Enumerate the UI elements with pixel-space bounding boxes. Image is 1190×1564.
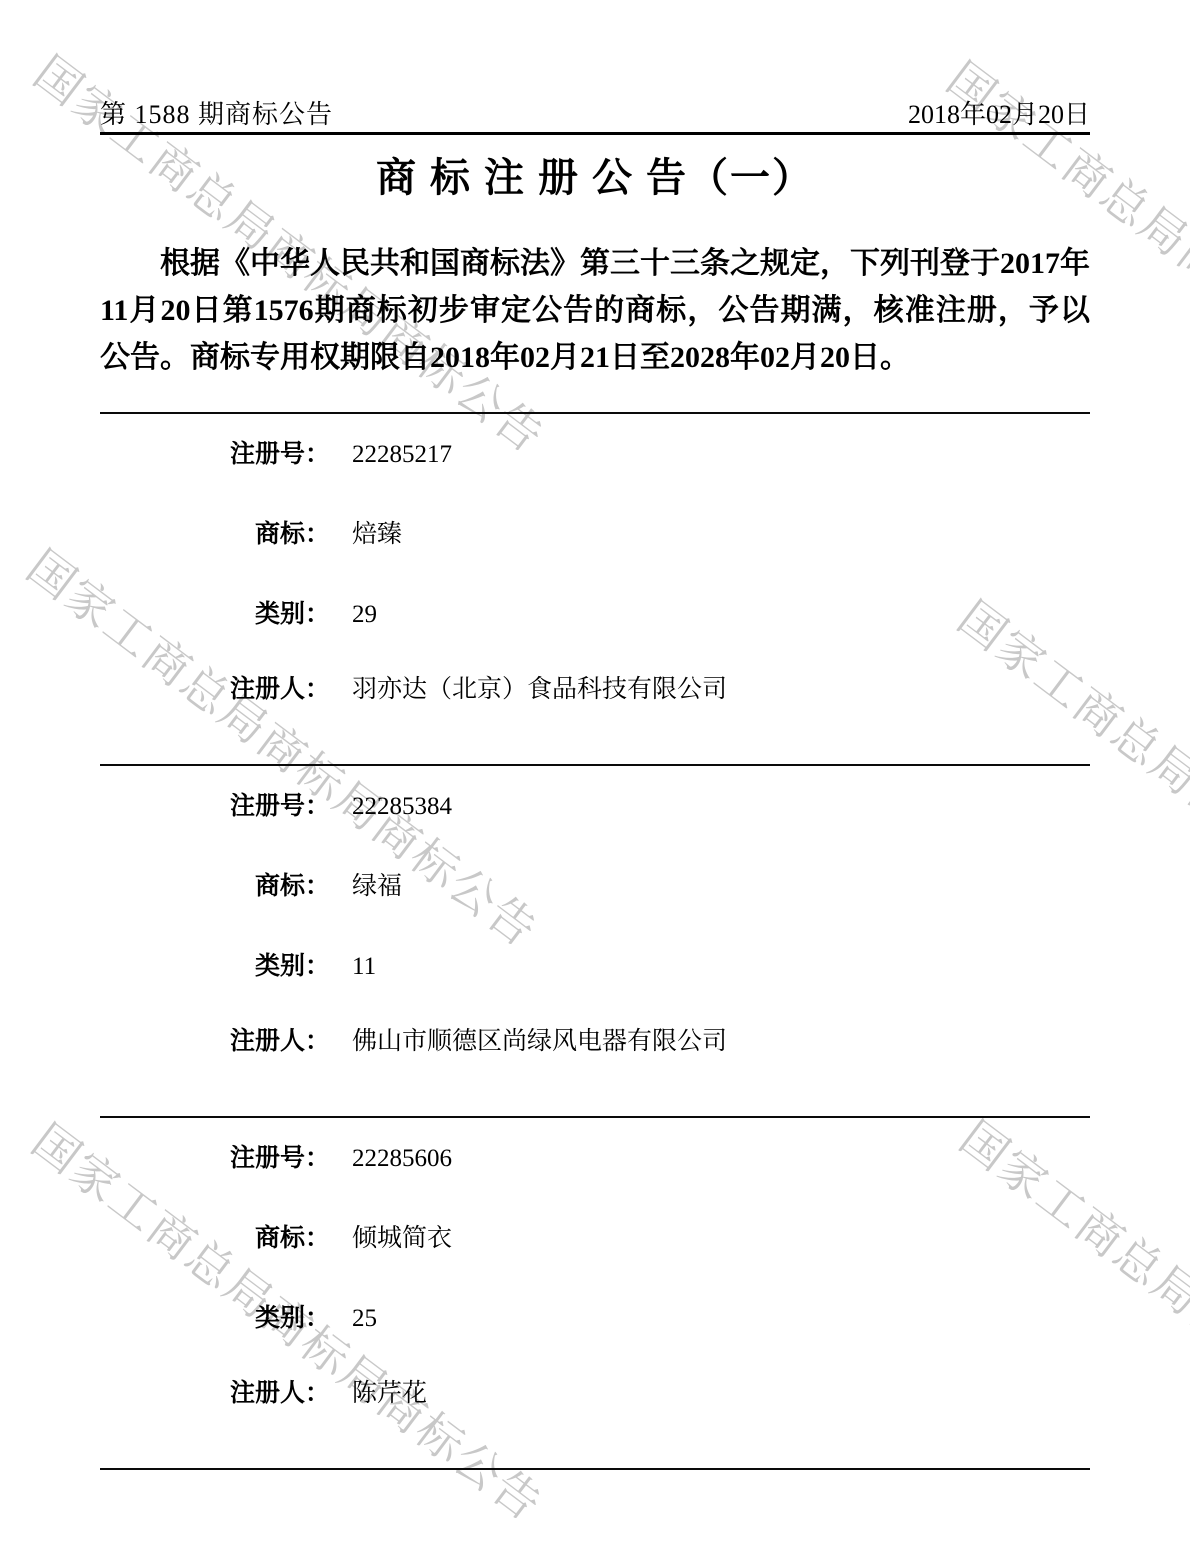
- reg-no-value: 22285217: [352, 441, 452, 469]
- intro-line-3: 公告。商标专用权期限自2018年02月21日至2028年02月20日。: [100, 334, 1090, 381]
- trademark-label: 商标：: [100, 514, 330, 550]
- trademark-row: 商标： 焙臻: [100, 514, 1090, 550]
- category-row: 类别： 25: [100, 1298, 1090, 1334]
- category-label: 类别：: [100, 1298, 330, 1334]
- registrant-row: 注册人： 陈芹花: [100, 1373, 1090, 1409]
- category-value: 25: [352, 1305, 377, 1333]
- trademark-value: 焙臻: [352, 514, 402, 550]
- reg-no-label: 注册号：: [100, 786, 330, 822]
- gazette-date: 2018年02月20日: [908, 94, 1090, 131]
- trademark-row: 商标： 倾城简衣: [100, 1218, 1090, 1254]
- gazette-issue-label: 第 1588 期商标公告: [100, 94, 333, 131]
- reg-no-row: 注册号： 22285384: [100, 786, 1090, 822]
- category-value: 11: [352, 953, 376, 981]
- reg-no-label: 注册号：: [100, 1138, 330, 1174]
- registrant-row: 注册人： 佛山市顺德区尚绿风电器有限公司: [100, 1021, 1090, 1057]
- registrant-label: 注册人：: [100, 669, 330, 705]
- reg-no-label: 注册号：: [100, 434, 330, 470]
- gazette-page: 国家工商总局商标局商标公告 国家工商总局商标局商标公告 国家工商总局商标局商标公…: [0, 0, 1190, 1564]
- registrant-value: 羽亦达（北京）食品科技有限公司: [352, 669, 727, 705]
- intro-paragraph: 根据《中华人民共和国商标法》第三十三条之规定，下列刊登于2017年 11月20日…: [100, 240, 1090, 381]
- page-title: 商 标 注 册 公 告（一）: [0, 146, 1190, 203]
- trademark-value: 倾城简衣: [352, 1218, 452, 1254]
- trademark-label: 商标：: [100, 1218, 330, 1254]
- intro-line-2: 11月20日第1576期商标初步审定公告的商标，公告期满，核准注册，予以: [100, 287, 1090, 334]
- registrant-label: 注册人：: [100, 1021, 330, 1057]
- registrant-row: 注册人： 羽亦达（北京）食品科技有限公司: [100, 669, 1090, 705]
- category-label: 类别：: [100, 594, 330, 630]
- reg-no-row: 注册号： 22285606: [100, 1138, 1090, 1174]
- registrant-value: 陈芹花: [352, 1373, 427, 1409]
- trademark-entry: 注册号： 22285606 商标： 倾城简衣 类别： 25 注册人： 陈芹花: [100, 1116, 1090, 1468]
- category-label: 类别：: [100, 946, 330, 982]
- reg-no-value: 22285384: [352, 793, 452, 821]
- registrant-label: 注册人：: [100, 1373, 330, 1409]
- trademark-label: 商标：: [100, 866, 330, 902]
- trademark-entry: 注册号： 22285384 商标： 绿福 类别： 11 注册人： 佛山市顺德区尚…: [100, 764, 1090, 1116]
- intro-line-1: 根据《中华人民共和国商标法》第三十三条之规定，下列刊登于2017年: [100, 240, 1090, 287]
- trademark-value: 绿福: [352, 866, 402, 902]
- trademark-row: 商标： 绿福: [100, 866, 1090, 902]
- reg-no-row: 注册号： 22285217: [100, 434, 1090, 470]
- trademark-entry: 注册号： 22285217 商标： 焙臻 类别： 29 注册人： 羽亦达（北京）…: [100, 412, 1090, 764]
- category-row: 类别： 11: [100, 946, 1090, 982]
- category-value: 29: [352, 601, 377, 629]
- category-row: 类别： 29: [100, 594, 1090, 630]
- header-rule: [100, 132, 1090, 135]
- reg-no-value: 22285606: [352, 1145, 452, 1173]
- entries-list: 注册号： 22285217 商标： 焙臻 类别： 29 注册人： 羽亦达（北京）…: [100, 412, 1090, 1470]
- registrant-value: 佛山市顺德区尚绿风电器有限公司: [352, 1021, 727, 1057]
- closing-rule: [100, 1468, 1090, 1470]
